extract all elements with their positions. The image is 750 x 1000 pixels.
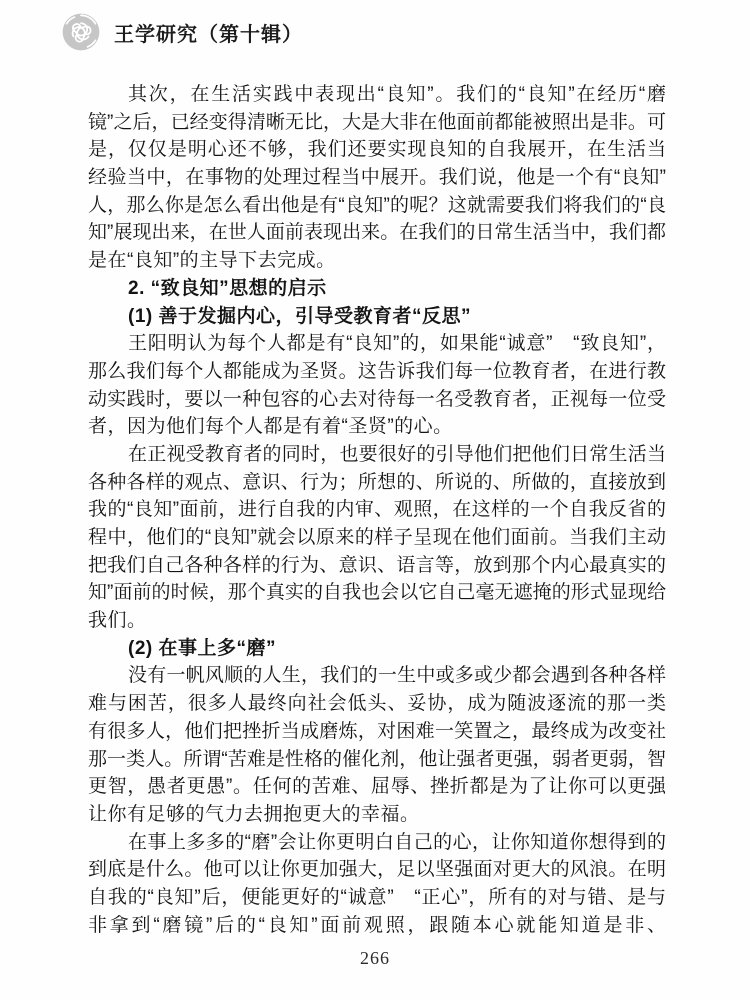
text-line: 王阳明认为每个人都是有“良知”的，如果能“诚意” “致良知”，	[88, 330, 666, 358]
text-line: 让你有足够的气力去拥抱更大的幸福。	[88, 801, 666, 829]
text-line: 有很多人，他们把挫折当成磨炼，对困难一笑置之，最终成为改变社会的	[88, 718, 666, 746]
text-line: 把我们自己各种各样的行为、意识、语言等，放到那个内心最真实的“良	[88, 552, 666, 580]
book-title: 王学研究（第十辑）	[114, 18, 303, 47]
text-line: 非拿到“磨镜”后的“良知”面前观照，跟随本心就能知道是非、	[88, 912, 666, 940]
page-number: 266	[360, 948, 390, 968]
text-line: 知”面前的时候，那个真实的自我也会以它自己毫无遮掩的形式显现给	[88, 579, 666, 607]
text-line: 经验当中，在事物的处理过程当中展开。我们说，他是一个有“良知”的	[88, 164, 666, 192]
heading-line: (2) 在事上多“磨”	[88, 635, 666, 663]
cloud-spiral-icon	[60, 11, 102, 53]
text-line: 各种各样的观点、意识、行为；所想的、所说的、所做的，直接放到自	[88, 469, 666, 497]
text-line: 那一类人。所谓“苦难是性格的催化剂，他让强者更强，弱者更弱，智者	[88, 746, 666, 774]
heading-line: 2. “致良知”思想的启示	[88, 275, 666, 303]
text-line: 那么我们每个人都能成为圣贤。这告诉我们每一位教育者，在进行教育活	[88, 358, 666, 386]
text-line: 我的“良知”面前，进行自我的内审、观照，在这样的一个自我反省的过	[88, 496, 666, 524]
text-line: 我们。	[88, 607, 666, 635]
text-line: 知”展现出来，在世人面前表现出来。在我们的日常生活当中，我们都应	[88, 219, 666, 247]
text-line: 在事上多多的“磨”会让你更明白自己的心，让你知道你想得到的	[88, 829, 666, 857]
running-header: 王学研究（第十辑）	[60, 10, 303, 54]
text-line: 难与困苦，很多人最终向社会低头、妥协，成为随波逐流的那一类人；也	[88, 690, 666, 718]
page-footer: 266	[0, 948, 750, 969]
text-line: 在正视受教育者的同时，也要很好的引导他们把他们日常生活当中	[88, 441, 666, 469]
text-line: 没有一帆风顺的人生，我们的一生中或多或少都会遇到各种各样的艰	[88, 662, 666, 690]
text-line: 其次，在生活实践中表现出“良知”。我们的“良知”在经历“磨	[88, 81, 666, 109]
text-line: 到底是什么。他可以让你更加强大，足以坚强面对更大的风浪。在明了	[88, 856, 666, 884]
text-line: 是在“良知”的主导下去完成。	[88, 247, 666, 275]
text-column: 其次，在生活实践中表现出“良知”。我们的“良知”在经历“磨镜”之后，已经变得清晰…	[88, 81, 666, 939]
text-line: 更智，愚者更愚”。任何的苦难、屈辱、挫折都是为了让你可以更强大，	[88, 773, 666, 801]
text-line: 人，那么你是怎么看出他是有“良知”的呢？这就需要我们将我们的“良	[88, 192, 666, 220]
book-page: 王学研究（第十辑） 其次，在生活实践中表现出“良知”。我们的“良知”在经历“磨镜…	[0, 0, 750, 1000]
text-line: 镜”之后，已经变得清晰无比，大是大非在他面前都能被照出是非。可	[88, 109, 666, 137]
text-line: 自我的“良知”后，便能更好的“诚意” “正心”，所有的对与错、是与	[88, 884, 666, 912]
text-line: 程中，他们的“良知”就会以原来的样子呈现在他们面前。当我们主动的	[88, 524, 666, 552]
heading-line: (1) 善于发掘内心，引导受教育者“反思”	[88, 303, 666, 331]
text-line: 动实践时，要以一种包容的心去对待每一名受教育者，正视每一位受教育	[88, 386, 666, 414]
text-line: 者，因为他们每个人都是有着“圣贤”的心。	[88, 413, 666, 441]
text-line: 是，仅仅是明心还不够，我们还要实现良知的自我展开，在生活当中，在	[88, 136, 666, 164]
